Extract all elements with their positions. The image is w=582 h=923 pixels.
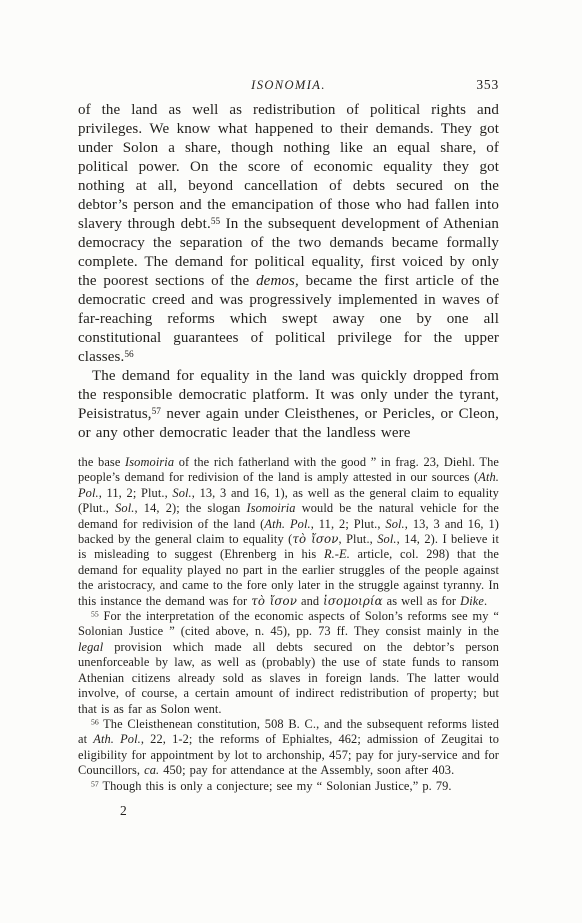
footnote-57: 57 Though this is only a conjecture; see… xyxy=(78,779,499,794)
main-paragraph-2: The demand for equality in the land was … xyxy=(78,367,499,443)
footnote-55: 55 For the interpretation of the economi… xyxy=(78,609,499,717)
footnotes-section: the base Isomoiria of the rich fatherlan… xyxy=(78,455,499,794)
page-number: 353 xyxy=(476,77,499,93)
signature-mark: 2 xyxy=(120,803,499,819)
footnote-continuation: the base Isomoiria of the rich fatherlan… xyxy=(78,455,499,609)
running-title: ISONOMIA. xyxy=(251,78,326,92)
footnote-56: 56 The Cleisthenean constitution, 508 B.… xyxy=(78,717,499,779)
book-page: ISONOMIA. 353 of the land as well as red… xyxy=(0,0,582,923)
main-text: of the land as well as redistribution of… xyxy=(78,101,499,443)
page-header: ISONOMIA. 353 xyxy=(78,76,499,96)
main-paragraph-1: of the land as well as redistribution of… xyxy=(78,101,499,367)
